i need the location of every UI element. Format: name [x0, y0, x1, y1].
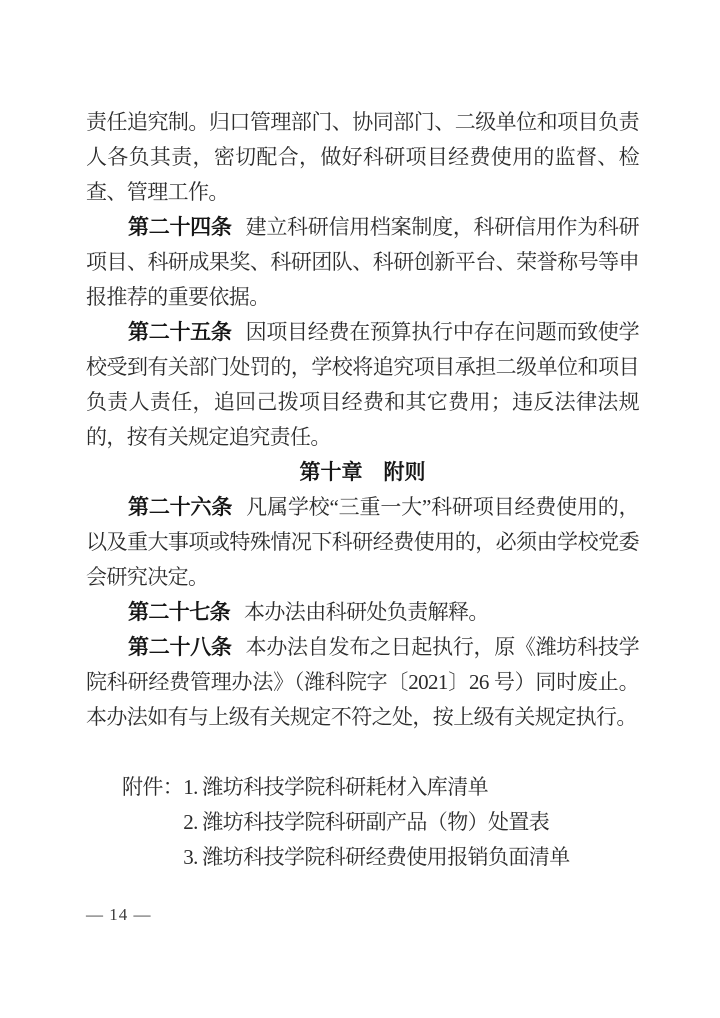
article-26: 第二十六条凡属学校“三重一大”科研项目经费使用的，以及重大事项或特殊情况下科研经… [86, 490, 639, 595]
article-25: 第二十五条因项目经费在预算执行中存在问题而致使学校受到有关部门处罚的，学校将追究… [86, 315, 639, 455]
continuation-paragraph: 责任追究制。归口管理部门、协同部门、二级单位和项目负责人各负其责，密切配合，做好… [86, 105, 639, 210]
article-27-number: 第二十七条 [128, 600, 230, 624]
attachments-block: 附件： 1. 潍坊科技学院科研耗材入库清单 2. 潍坊科技学院科研副产品（物）处… [122, 770, 639, 875]
attachment-item-1: 1. 潍坊科技学院科研耗材入库清单 [183, 770, 639, 805]
chapter-heading: 第十章 附则 [86, 455, 639, 490]
article-24: 第二十四条建立科研信用档案制度，科研信用作为科研项目、科研成果奖、科研团队、科研… [86, 210, 639, 315]
article-28-number: 第二十八条 [128, 635, 232, 659]
article-26-number: 第二十六条 [128, 495, 232, 519]
article-28: 第二十八条本办法自发布之日起执行，原《潍坊科技学院科研经费管理办法》（潍科院字〔… [86, 630, 639, 735]
attachment-item-3: 3. 潍坊科技学院科研经费使用报销负面清单 [183, 840, 639, 875]
article-24-number: 第二十四条 [128, 215, 232, 239]
article-27: 第二十七条本办法由科研处负责解释。 [86, 595, 639, 630]
document-page: 责任追究制。归口管理部门、协同部门、二级单位和项目负责人各负其责，密切配合，做好… [86, 105, 639, 875]
attachments-label: 附件： [122, 770, 183, 805]
article-25-number: 第二十五条 [128, 320, 232, 344]
attachment-item-2: 2. 潍坊科技学院科研副产品（物）处置表 [183, 805, 639, 840]
page-number: — 14 — [86, 903, 152, 927]
article-27-text: 本办法由科研处负责解释。 [244, 600, 489, 624]
attachments-list: 1. 潍坊科技学院科研耗材入库清单 2. 潍坊科技学院科研副产品（物）处置表 3… [183, 770, 639, 875]
